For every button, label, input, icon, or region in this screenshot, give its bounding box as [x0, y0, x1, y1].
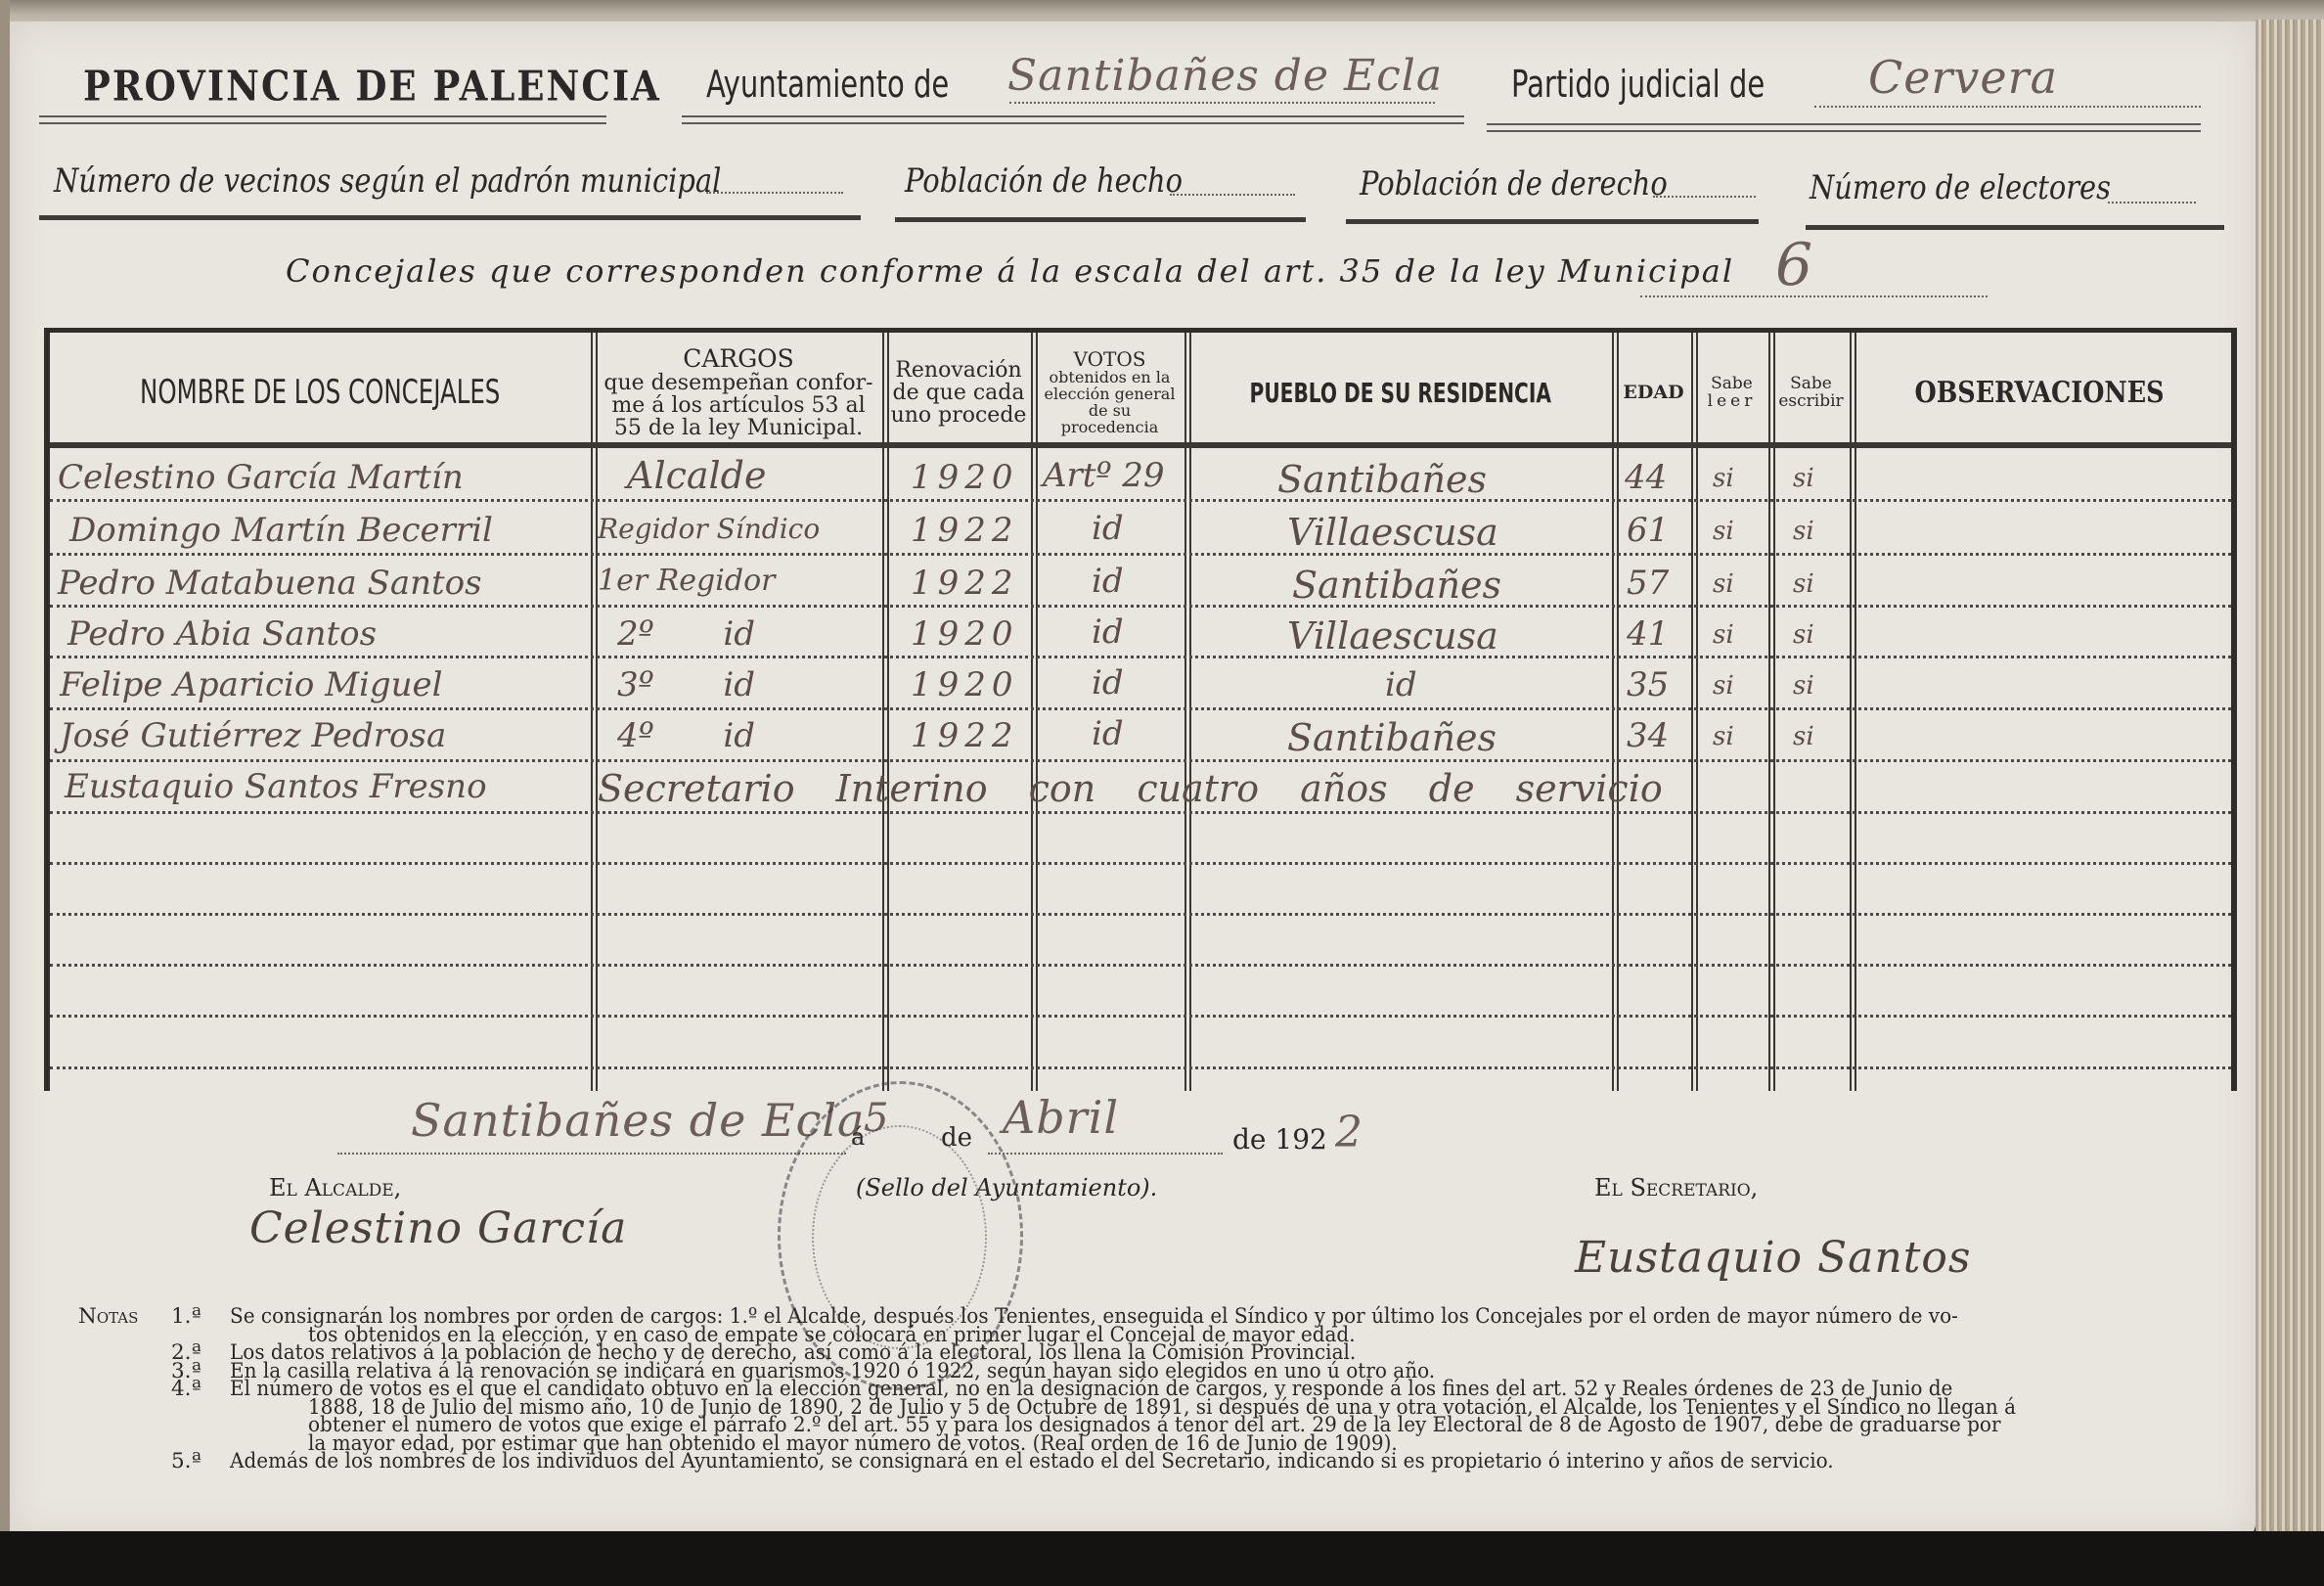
stats-rule	[39, 215, 861, 220]
cell-edad: 44	[1625, 458, 1667, 497]
col-header-escribir: Sabe escribir	[1772, 340, 1850, 445]
year-suffix: 2	[1335, 1108, 1363, 1157]
note-number: 5.ª	[171, 1453, 201, 1472]
cell-nombre: Domingo Martín Becerril	[69, 511, 493, 550]
col-header-observaciones: OBSERVACIONES	[1854, 340, 2225, 445]
ayuntamiento-field-line	[1009, 102, 1435, 104]
concejales-value: 6	[1775, 231, 1813, 299]
col-header-label: OBSERVACIONES	[1914, 378, 2164, 409]
cell-cargo: 2º id	[617, 614, 755, 654]
cell-edad: 61	[1627, 511, 1669, 550]
cell-votos: id	[1092, 612, 1124, 652]
col-header-renovacion: Renovación de que cada uno procede	[886, 340, 1031, 445]
electores-field[interactable]	[2108, 202, 2196, 204]
cell-renovacion: 1920	[911, 458, 1019, 497]
poblacion-hecho-label: Población de hecho	[905, 161, 1183, 201]
cell-cargo: Alcalde	[627, 454, 767, 497]
col-header-votos: VOTOS obtenidos en la elección general d…	[1035, 340, 1184, 445]
cell-votos: id	[1092, 562, 1124, 601]
cell-leer: si	[1713, 464, 1734, 493]
row-line	[50, 605, 2231, 608]
cell-nombre: Celestino García Martín	[58, 458, 464, 497]
row-line	[50, 499, 2231, 502]
poblacion-derecho-field[interactable]	[1653, 196, 1756, 198]
note-text: Además de los nombres de los individuos …	[230, 1453, 1834, 1472]
note-number: 4.ª	[171, 1381, 201, 1399]
header-rule	[1487, 123, 2201, 132]
book-binding-left	[0, 0, 10, 1586]
row-line	[50, 1015, 2231, 1018]
cell-leer: si	[1713, 722, 1734, 751]
col-header-title: Sabe	[1711, 376, 1753, 393]
partido-field-line	[1814, 106, 2201, 108]
partido-value: Cervera	[1868, 51, 2058, 104]
secretario-label: El Secretario,	[1594, 1174, 1758, 1201]
row-line	[50, 913, 2231, 916]
row-line	[50, 1066, 2231, 1069]
cell-votos: id	[1092, 663, 1124, 702]
note-number: 1.ª	[171, 1308, 201, 1327]
cell-escribir: si	[1793, 671, 1814, 701]
col-header-pueblo: PUEBLO DE SU RESIDENCIA	[1188, 340, 1612, 445]
cell-nombre: Pedro Matabuena Santos	[58, 564, 482, 603]
stats-rule	[1346, 219, 1759, 224]
cell-leer: si	[1713, 620, 1734, 650]
col-header-label: NOMBRE DE LOS CONCEJALES	[140, 376, 500, 411]
cell-escribir: si	[1793, 569, 1814, 599]
cell-renovacion: 1920	[911, 665, 1019, 704]
stats-rule	[895, 217, 1306, 222]
col-header-nombre: NOMBRE DE LOS CONCEJALES	[50, 340, 591, 445]
cell-renovacion: 1922	[911, 511, 1019, 550]
cell-leer: si	[1713, 671, 1734, 701]
month-value: Abril	[1003, 1091, 1119, 1144]
place-field-line	[337, 1153, 846, 1155]
cell-renovacion: 1922	[911, 564, 1019, 603]
notes-label: Notas	[78, 1308, 138, 1327]
header-bottom-rule	[50, 442, 2231, 448]
poblacion-derecho-label: Población de derecho	[1360, 164, 1668, 204]
col-header-subtitle: que desempeñan confor-me á los artículos…	[600, 372, 878, 439]
poblacion-hecho-field[interactable]	[1170, 194, 1295, 196]
concejales-field-line	[1640, 295, 1988, 297]
row-line	[50, 656, 2231, 658]
cell-escribir: si	[1793, 722, 1814, 751]
col-header-subtitle: escribir	[1778, 393, 1843, 411]
cell-votos: id	[1092, 509, 1124, 548]
book-page-edges	[2256, 20, 2324, 1546]
cell-cargo: 3º id	[617, 665, 755, 704]
row-line	[50, 759, 2231, 762]
year-label: de 192	[1232, 1123, 1327, 1156]
cell-edad: 35	[1627, 665, 1669, 704]
cell-edad: 57	[1627, 564, 1669, 603]
concejales-label: Concejales que corresponden conforme á l…	[286, 252, 1734, 290]
sello-label: (Sello del Ayuntamiento).	[856, 1174, 1157, 1201]
col-header-subtitle: leer	[1708, 393, 1757, 411]
cell-edad: 41	[1627, 614, 1669, 654]
row-line	[50, 964, 2231, 967]
vecinos-label: Número de vecinos según el padrón munici…	[54, 161, 721, 201]
col-header-label: EDAD	[1623, 384, 1683, 403]
col-header-title: Sabe	[1790, 376, 1832, 393]
header-rule	[682, 115, 1464, 124]
cell-pueblo: Villaescusa	[1287, 614, 1498, 657]
cell-cargo: 1er Regidor	[598, 564, 775, 598]
stats-rule	[1806, 225, 2224, 230]
col-header-title: VOTOS	[1074, 349, 1146, 370]
cell-pueblo: Santibañes	[1287, 716, 1497, 759]
cell-pueblo: Santibañes	[1277, 458, 1487, 501]
page-bottom-shadow	[0, 1531, 2324, 1586]
cell-escribir: si	[1793, 464, 1814, 493]
provincia-title: PROVINCIA DE PALENCIA	[83, 61, 661, 111]
row-line	[50, 811, 2231, 814]
col-header-leer: Sabe leer	[1695, 340, 1768, 445]
cell-pueblo: Villaescusa	[1287, 511, 1498, 554]
cell-escribir: si	[1793, 517, 1814, 546]
vecinos-field[interactable]	[706, 192, 843, 194]
cell-votos: id	[1092, 714, 1124, 753]
row-line	[50, 553, 2231, 556]
cell-cargo: Regidor Síndico	[598, 513, 820, 545]
place-value: Santibañes de Ecla	[411, 1094, 865, 1147]
cell-renovacion: 1922	[911, 716, 1019, 755]
alcalde-signature: Celestino García	[249, 1203, 627, 1253]
col-header-cargos: CARGOS que desempeñan confor-me á los ar…	[595, 340, 882, 445]
ayuntamiento-label: Ayuntamiento de	[706, 63, 949, 106]
cell-nombre: Pedro Abia Santos	[67, 614, 377, 654]
month-field-line	[988, 1153, 1223, 1155]
cell-nombre: José Gutiérrez Pedrosa	[60, 716, 446, 755]
cell-pueblo: id	[1385, 665, 1417, 704]
header-rule	[39, 115, 606, 124]
concejales-table: NOMBRE DE LOS CONCEJALES CARGOS que dese…	[44, 328, 2237, 1091]
ayuntamiento-value: Santibañes de Ecla	[1007, 51, 1443, 101]
col-header-label: PUEBLO DE SU RESIDENCIA	[1249, 379, 1550, 407]
secretario-signature: Eustaquio Santos	[1575, 1233, 1971, 1283]
cell-escribir: si	[1793, 620, 1814, 650]
col-header-edad: EDAD	[1616, 340, 1691, 445]
cell-edad: 34	[1627, 716, 1669, 755]
cell-secretary-note: Secretario Interino con cuatro años de s…	[598, 767, 1663, 810]
alcalde-label: El Alcalde,	[269, 1174, 401, 1201]
cell-leer: si	[1713, 517, 1734, 546]
partido-label: Partido judicial de	[1511, 63, 1765, 106]
row-line	[50, 707, 2231, 710]
cell-nombre: Felipe Aparicio Miguel	[60, 665, 443, 704]
cell-renovacion: 1920	[911, 614, 1019, 654]
cell-cargo: 4º id	[617, 716, 755, 755]
col-header-label: Renovación de que cada uno procede	[890, 359, 1027, 427]
electores-label: Número de electores	[1810, 168, 2111, 207]
row-line	[50, 862, 2231, 865]
cell-votos: Artº 29	[1043, 456, 1165, 495]
cell-pueblo: Santibañes	[1292, 564, 1501, 607]
col-header-subtitle: obtenidos en la elección general de su p…	[1039, 370, 1181, 435]
cell-leer: si	[1713, 569, 1734, 599]
col-header-title: CARGOS	[683, 346, 794, 372]
cell-secretary-name: Eustaquio Santos Fresno	[65, 767, 487, 806]
